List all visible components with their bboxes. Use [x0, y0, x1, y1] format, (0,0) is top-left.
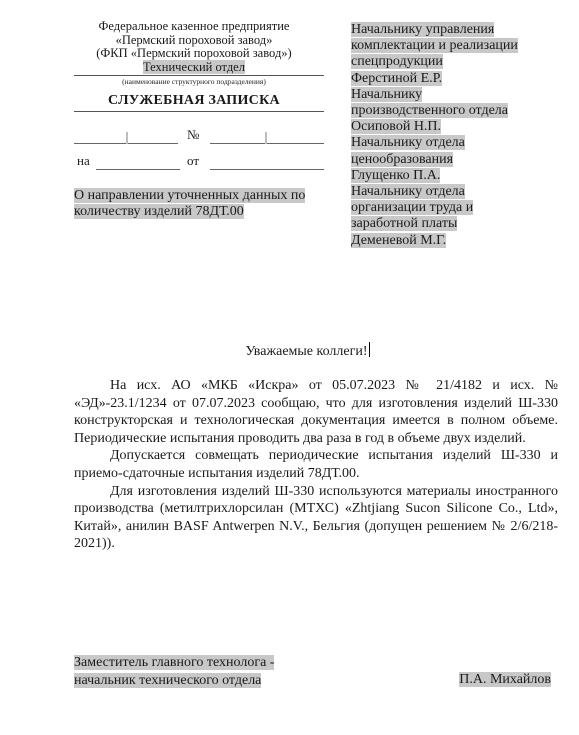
addressee-line: Начальнику отдела	[351, 184, 465, 199]
on-label: на	[77, 153, 90, 169]
number-label: №	[187, 127, 199, 143]
addressee-line: Осиповой Н.П.	[351, 119, 441, 134]
greeting[interactable]: Уважаемые коллеги!	[0, 342, 579, 360]
reference-from-field[interactable]	[210, 155, 324, 170]
org-line-3: (ФКП «Пермский пороховой завод»)	[62, 47, 326, 61]
signatory-position[interactable]: Заместитель главного технолога - начальн…	[74, 654, 274, 689]
text-cursor	[369, 342, 370, 357]
addressee-block[interactable]: Начальнику управления комплектации и реа…	[351, 22, 541, 249]
position-line-2: начальник технического отдела	[74, 673, 261, 688]
addressee-line: заработной платы	[351, 216, 457, 231]
org-line-1: Федеральное казенное предприятие	[62, 20, 326, 34]
org-line-2: «Пермский пороховой завод»	[62, 34, 326, 48]
addressee-line: Ферстиной Е.Р.	[351, 71, 442, 86]
addressee-line: спецпродукции	[351, 54, 443, 69]
addressee-line: Начальнику	[351, 87, 422, 102]
body-paragraph: На исх. АО «МКБ «Искра» от 05.07.2023 № …	[74, 377, 558, 447]
number-field-divider	[265, 132, 267, 144]
subject[interactable]: О направлении уточненных данных по колич…	[74, 188, 324, 220]
addressee-line: Начальнику управления	[351, 22, 494, 37]
number-field[interactable]	[210, 129, 324, 144]
department-caption: (наименование структурного подразделения…	[62, 77, 326, 86]
reference-on-field[interactable]	[96, 155, 180, 170]
department-underline	[74, 75, 324, 76]
document-type-title: СЛУЖЕБНАЯ ЗАПИСКА	[62, 93, 326, 109]
organization-header: Федеральное казенное предприятие «Пермск…	[62, 20, 326, 74]
addressee-line: ценообразования	[351, 152, 453, 167]
memo-body[interactable]: На исх. АО «МКБ «Искра» от 05.07.2023 № …	[74, 377, 558, 553]
addressee-line: комплектации и реализации	[351, 38, 518, 53]
registration-row-date-number: №	[74, 126, 324, 144]
addressee-line: производственного отдела	[351, 103, 508, 118]
signatory-name-text: П.А. Михайлов	[459, 672, 551, 687]
body-paragraph: Для изготовления изделий Ш-330 использую…	[74, 483, 558, 553]
date-field-divider	[126, 132, 128, 144]
addressee-line: Начальнику отдела	[351, 135, 465, 150]
subject-text: О направлении уточненных данных по колич…	[74, 188, 305, 219]
body-paragraph: Допускается совмещать периодические испы…	[74, 447, 558, 482]
greeting-text: Уважаемые коллеги!	[245, 344, 367, 359]
registration-row-reference: на от	[74, 152, 324, 170]
from-label: от	[187, 153, 199, 169]
position-line-1: Заместитель главного технолога -	[74, 655, 274, 670]
addressee-line: Деменевой М.Г.	[351, 233, 446, 248]
addressee-line: Глущенко П.А.	[351, 168, 440, 183]
signatory-name[interactable]: П.А. Михайлов	[459, 671, 551, 689]
addressee-line: организации труда и	[351, 200, 473, 215]
title-underline	[74, 111, 324, 112]
department-name[interactable]: Технический отдел	[143, 60, 245, 74]
